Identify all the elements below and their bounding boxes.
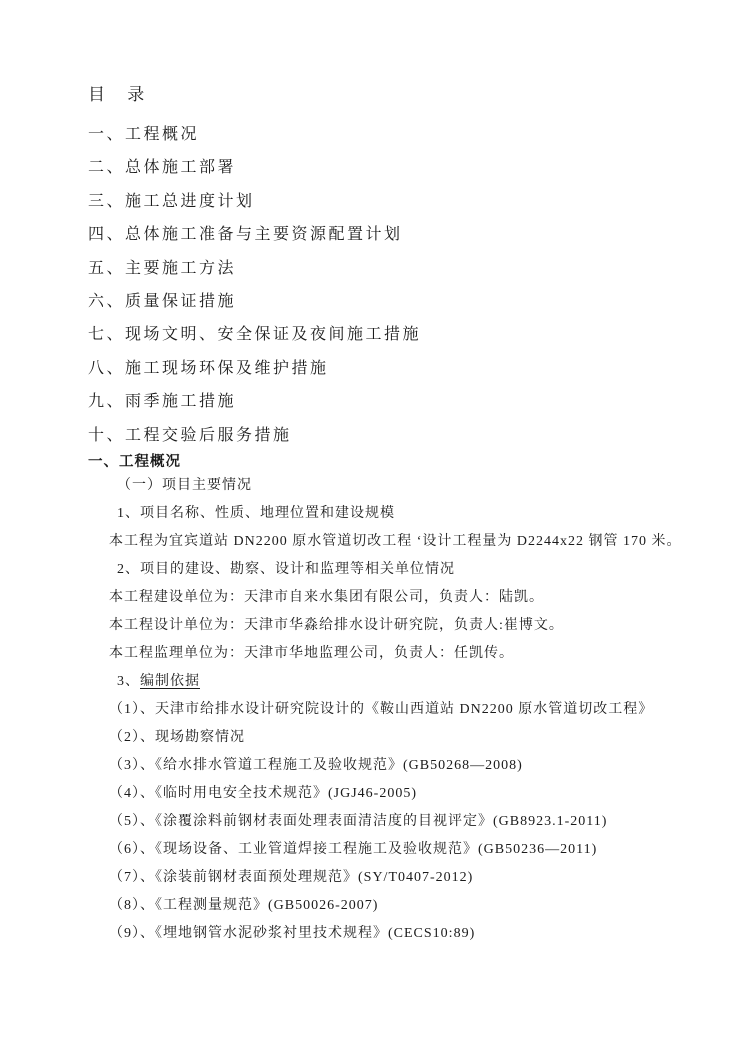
subsection-heading: （一）项目主要情况 (88, 472, 704, 500)
toc-item-9: 九、雨季施工措施 (88, 385, 704, 418)
reference-item-1: （1）、天津市给排水设计研究院设计的《鞍山西道站 DN2200 原水管道切改工程… (88, 696, 704, 724)
item2-title: 2、项目的建设、勘察、设计和监理等相关单位情况 (88, 556, 704, 584)
design-unit-line: 本工程设计单位为：天津市华淼给排水设计研究院，负责人:崔博文。 (88, 612, 704, 640)
item1-title: 1、项目名称、性质、地理位置和建设规模 (88, 500, 704, 528)
toc-item-6: 六、质量保证措施 (88, 285, 704, 318)
reference-item-4: （4）、《临时用电安全技术规范》(JGJ46-2005) (88, 780, 704, 808)
toc-item-7: 七、现场文明、安全保证及夜间施工措施 (88, 318, 704, 351)
toc-item-5: 五、主要施工方法 (88, 252, 704, 285)
toc-item-8: 八、施工现场环保及维护措施 (88, 352, 704, 385)
document-page: 目 录 一、工程概况 二、总体施工部署 三、施工总进度计划 四、总体施工准备与主… (0, 0, 744, 1052)
item3-number: 3、 (117, 674, 140, 689)
toc-item-10: 十、工程交验后服务措施 (88, 419, 704, 452)
toc-item-2: 二、总体施工部署 (88, 151, 704, 184)
item1-body: 本工程为宜宾道站 DN2200 原水管道切改工程 ‘设计工程量为 D2244x2… (88, 528, 704, 556)
supervision-unit-line: 本工程监理单位为：天津市华地监理公司，负责人：任凯传。 (88, 640, 704, 668)
toc-item-1: 一、工程概况 (88, 118, 704, 151)
section-heading: 一、工程概况 (88, 452, 704, 472)
toc-item-4: 四、总体施工准备与主要资源配置计划 (88, 218, 704, 251)
construction-unit-line: 本工程建设单位为：天津市自来水集团有限公司，负责人：陆凯。 (88, 584, 704, 612)
reference-item-9: （9）、《埋地钢管水泥砂浆衬里技术规程》(CECS10:89) (88, 920, 704, 948)
reference-item-8: （8）、《工程测量规范》(GB50026-2007) (88, 892, 704, 920)
reference-item-2: （2）、现场勘察情况 (88, 724, 704, 752)
toc-item-3: 三、施工总进度计划 (88, 185, 704, 218)
reference-item-7: （7）、《涂装前钢材表面预处理规范》(SY/T0407-2012) (88, 864, 704, 892)
reference-item-5: （5）、《涂覆涂料前钢材表面处理表面清洁度的目视评定》(GB8923.1-201… (88, 808, 704, 836)
reference-item-3: （3）、《给水排水管道工程施工及验收规范》(GB50268—2008) (88, 752, 704, 780)
item3-title-underlined: 编制依据 (140, 674, 200, 689)
table-of-contents: 目 录 一、工程概况 二、总体施工部署 三、施工总进度计划 四、总体施工准备与主… (88, 84, 704, 452)
reference-item-6: （6）、《现场设备、工业管道焊接工程施工及验收规范》(GB50236—2011) (88, 836, 704, 864)
item3-title: 3、编制依据 (88, 668, 704, 696)
section-project-overview: 一、工程概况 （一）项目主要情况 1、项目名称、性质、地理位置和建设规模 本工程… (88, 452, 704, 948)
toc-title: 目 录 (88, 84, 704, 106)
